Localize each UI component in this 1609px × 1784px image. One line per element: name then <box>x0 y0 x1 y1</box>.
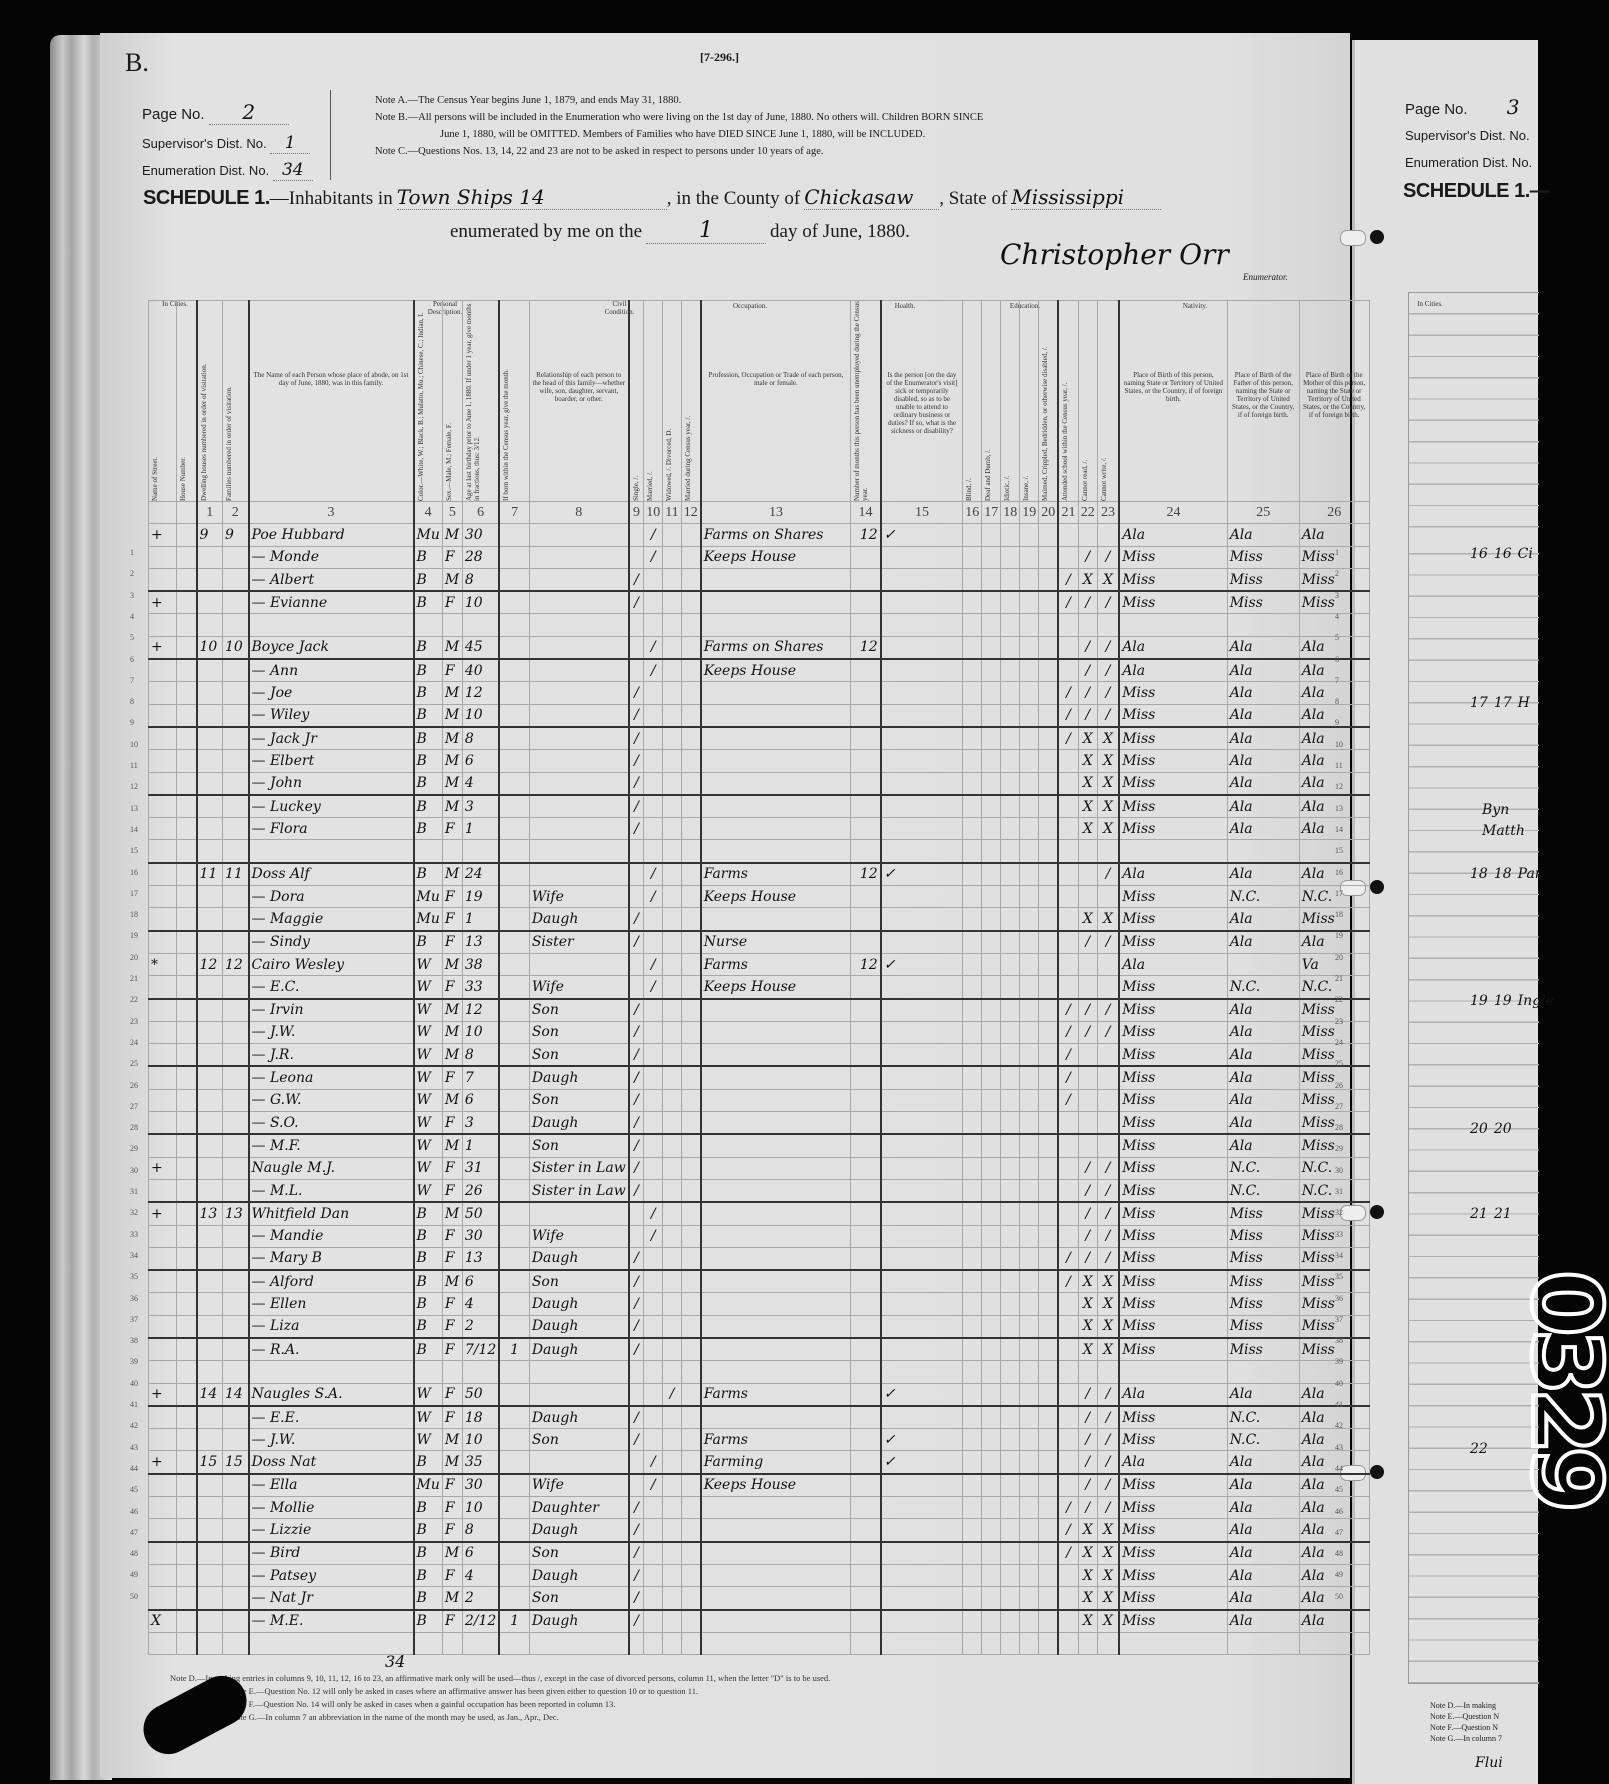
footnotes: Note D.—In making entries in columns 9, … <box>170 1672 830 1724</box>
cell-occupation <box>701 727 851 750</box>
cell-19 <box>1020 524 1039 546</box>
cell-sick <box>881 1247 963 1270</box>
cell-occupation <box>701 1564 851 1586</box>
cell-age: 50 <box>462 1202 499 1225</box>
cell-father-birth: N.C. <box>1227 1179 1299 1202</box>
cell-cant-read <box>1078 976 1097 999</box>
column-header: Color.—White, W.; Black, B.; Mulatto, Mu… <box>414 301 443 502</box>
cell-father-birth: Ala <box>1227 727 1299 750</box>
cell-18 <box>1001 1632 1020 1654</box>
cell-family <box>223 1112 249 1135</box>
column-label: Insane, /. <box>1022 301 1030 501</box>
cell-18 <box>1001 1474 1020 1497</box>
table-row: +1010Boyce JackBM45/Farms on Shares12//A… <box>149 636 1370 659</box>
cell-father-birth: Miss <box>1227 591 1299 614</box>
cell-19 <box>1020 614 1039 636</box>
column-number: 5 <box>442 502 462 524</box>
table-row: — G.W.WM6Son//MissAlaMiss <box>149 1089 1370 1111</box>
cell-cant-write <box>1097 1112 1119 1135</box>
next-note-f: Note F.—Question N <box>1430 1722 1502 1733</box>
cell-widowed <box>663 863 681 886</box>
cell-name: — Evianne <box>249 591 414 614</box>
cell-18 <box>1001 863 1020 886</box>
cell-unemployed <box>851 1361 881 1383</box>
cell-18 <box>1001 1270 1020 1293</box>
cell-house <box>177 976 197 999</box>
line-number: 45 <box>130 1485 138 1494</box>
cell-md <box>681 524 701 546</box>
cell-month <box>499 1542 529 1565</box>
cell-month <box>499 1089 529 1111</box>
cell-sex: F <box>442 976 462 999</box>
cell-cant-read: X <box>1078 1564 1097 1586</box>
archive-stamp-number: 0329 <box>1510 1270 1609 1505</box>
cell-sick <box>881 1564 963 1586</box>
cell-mark <box>149 1247 177 1270</box>
cell-dwelling <box>197 614 223 636</box>
line-number: 6 <box>130 655 134 664</box>
cell-birth: Miss <box>1119 976 1227 999</box>
cell-occupation <box>701 1587 851 1610</box>
cell-name: — Bird <box>249 1542 414 1565</box>
cell-family <box>223 704 249 727</box>
column-header: House Number. <box>177 301 197 502</box>
cell-married: / <box>644 953 663 975</box>
cell-20 <box>1039 1610 1059 1633</box>
cell-color: Mu <box>414 1474 443 1497</box>
line-number: 29 <box>1335 1144 1343 1153</box>
cell-19 <box>1020 840 1039 863</box>
cell-widowed <box>663 1610 681 1633</box>
column-number: 21 <box>1058 502 1078 524</box>
column-label: Families numbered in order of visitation… <box>225 301 233 501</box>
cell-17 <box>982 863 1001 886</box>
cell-cant-read: / <box>1078 1157 1097 1179</box>
cell-17 <box>982 750 1001 772</box>
cell-16 <box>963 1112 982 1135</box>
cell-sex: M <box>442 1451 462 1474</box>
cell-unemployed <box>851 568 881 591</box>
cell-18 <box>1001 614 1020 636</box>
cell-cant-read <box>1078 1112 1097 1135</box>
cell-color: Mu <box>414 886 443 908</box>
cell-house <box>177 1429 197 1451</box>
cell-married: / <box>644 976 663 999</box>
cell-single: / <box>629 1021 644 1043</box>
cell-occupation <box>701 908 851 931</box>
cell-sick <box>881 1112 963 1135</box>
cell-cant-read <box>1078 614 1097 636</box>
cell-widowed <box>663 1179 681 1202</box>
cell-father-birth: Ala <box>1227 1383 1299 1406</box>
next-entry-name-fragment: Par <box>1518 866 1542 882</box>
cell-name: — Mollie <box>249 1497 414 1519</box>
table-row: — E.E.WF18Daugh///MissN.C.Ala <box>149 1406 1370 1429</box>
cell-family <box>223 1429 249 1451</box>
cell-sex: M <box>442 704 462 727</box>
column-header: Number of months this person has been un… <box>851 301 881 502</box>
cell-17 <box>982 840 1001 863</box>
table-row: — Mary BBF13Daugh////MissMissMiss <box>149 1247 1370 1270</box>
cell-unemployed <box>851 659 881 682</box>
cell-school <box>1058 1157 1078 1179</box>
form-letter: B. <box>125 48 149 78</box>
cell-school: / <box>1058 1044 1078 1067</box>
cell-17 <box>982 568 1001 591</box>
table-row <box>149 1361 1370 1383</box>
line-number: 19 <box>1335 931 1343 940</box>
cell-married <box>644 1542 663 1565</box>
cell-17 <box>982 1089 1001 1111</box>
cell-house <box>177 1338 197 1361</box>
cell-20 <box>1039 1587 1059 1610</box>
line-number: 16 <box>130 868 138 877</box>
cell-sex: M <box>442 1542 462 1565</box>
cell-name: Boyce Jack <box>249 636 414 659</box>
cell-color: W <box>414 1429 443 1451</box>
cell-month <box>499 636 529 659</box>
cell-single: / <box>629 1293 644 1315</box>
cell-color: B <box>414 546 443 568</box>
cell-birth: Miss <box>1119 818 1227 840</box>
cell-sick: ✓ <box>881 953 963 975</box>
inhabitants-label: —Inhabitants in <box>270 188 393 209</box>
cell-school: / <box>1058 1021 1078 1043</box>
cell-md <box>681 1564 701 1586</box>
line-number: 31 <box>1335 1187 1343 1196</box>
cell-18 <box>1001 1451 1020 1474</box>
table-row: — R.A.BF7/121Daugh/XXMissMissMiss <box>149 1338 1370 1361</box>
line-number: 27 <box>130 1102 138 1111</box>
line-number: 10 <box>130 740 138 749</box>
cell-cant-write <box>1097 886 1119 908</box>
cell-cant-read <box>1078 1134 1097 1157</box>
cell-relation <box>529 750 628 772</box>
cell-16 <box>963 1225 982 1247</box>
cell-school <box>1058 1202 1078 1225</box>
cell-cant-write: X <box>1097 1315 1119 1338</box>
cell-widowed <box>663 1587 681 1610</box>
cell-age: 1 <box>462 908 499 931</box>
cell-single: / <box>629 795 644 818</box>
cell-sex: M <box>442 795 462 818</box>
cell-father-birth: Ala <box>1227 524 1299 546</box>
cell-single: / <box>629 727 644 750</box>
table-row: — EllaMuF30Wife/Keeps House//MissAlaAla <box>149 1474 1370 1497</box>
cell-cant-read <box>1078 1066 1097 1089</box>
table-row: — JohnBM4/XXMissAlaAla <box>149 772 1370 795</box>
cell-occupation <box>701 795 851 818</box>
cell-unemployed <box>851 886 881 908</box>
cell-name: — E.C. <box>249 976 414 999</box>
cell-mother-birth: Ala <box>1299 524 1369 546</box>
cell-month <box>499 1451 529 1474</box>
cell-married <box>644 1270 663 1293</box>
table-row: — AlfordBM6Son//XXMissMissMiss <box>149 1270 1370 1293</box>
cell-house <box>177 614 197 636</box>
cell-birth: Miss <box>1119 1089 1227 1111</box>
cell-age: 1 <box>462 1134 499 1157</box>
column-number: 12 <box>681 502 701 524</box>
county-label: , in the County of <box>667 188 801 209</box>
cell-dwelling: 13 <box>197 1202 223 1225</box>
cell-family <box>223 886 249 908</box>
cell-age: 8 <box>462 1519 499 1542</box>
cell-age: 7 <box>462 1066 499 1089</box>
cell-single: / <box>629 1429 644 1451</box>
cell-dwelling <box>197 568 223 591</box>
cell-relation: Daugh <box>529 1610 628 1633</box>
line-number: 23 <box>1335 1017 1343 1026</box>
cell-name: — Ellen <box>249 1293 414 1315</box>
cell-16 <box>963 1089 982 1111</box>
cell-age: 4 <box>462 772 499 795</box>
cell-name: — Irvin <box>249 999 414 1022</box>
cell-married <box>644 591 663 614</box>
cell-mark: + <box>149 1383 177 1406</box>
cell-unemployed <box>851 682 881 704</box>
cell-cant-read: / <box>1078 999 1097 1022</box>
cell-family <box>223 1179 249 1202</box>
cell-unemployed <box>851 1247 881 1270</box>
note-c: Note C.—Questions Nos. 13, 14, 22 and 23… <box>375 146 824 157</box>
cell-unemployed <box>851 1632 881 1654</box>
cell-school <box>1058 1361 1078 1383</box>
cell-16 <box>963 591 982 614</box>
cell-relation <box>529 659 628 682</box>
cell-married <box>644 1519 663 1542</box>
cell-cant-read: X <box>1078 1610 1097 1633</box>
cell-married <box>644 568 663 591</box>
cell-school <box>1058 1610 1078 1633</box>
cell-20 <box>1039 1451 1059 1474</box>
cell-school: / <box>1058 1247 1078 1270</box>
column-header: Dwelling houses numbered in order of vis… <box>197 301 223 502</box>
cell-family <box>223 772 249 795</box>
cell-birth: Miss <box>1119 1293 1227 1315</box>
cell-father-birth: N.C. <box>1227 1157 1299 1179</box>
cell-color: B <box>414 1519 443 1542</box>
line-number: 43 <box>1335 1443 1343 1452</box>
cell-age: 28 <box>462 546 499 568</box>
cell-dwelling <box>197 1021 223 1043</box>
cell-dwelling <box>197 591 223 614</box>
cell-sick <box>881 1587 963 1610</box>
census-table: Name of Street.House Number.Dwelling hou… <box>148 300 1370 1655</box>
cell-birth: Miss <box>1119 1542 1227 1565</box>
line-number: 38 <box>130 1336 138 1345</box>
supervisor-label: Supervisor's Dist. No. <box>142 136 267 151</box>
cell-birth: Miss <box>1119 1157 1227 1179</box>
cell-20 <box>1039 1179 1059 1202</box>
line-number: 9 <box>130 718 134 727</box>
cell-father-birth: Miss <box>1227 568 1299 591</box>
cell-married: / <box>644 863 663 886</box>
cell-20 <box>1039 1089 1059 1111</box>
cell-month <box>499 1202 529 1225</box>
cell-cant-read: X <box>1078 1293 1097 1315</box>
cell-relation: Daugh <box>529 1066 628 1089</box>
cell-occupation <box>701 1112 851 1135</box>
cell-unemployed <box>851 1270 881 1293</box>
cell-mark <box>149 999 177 1022</box>
cell-18 <box>1001 1134 1020 1157</box>
cell-birth: Miss <box>1119 1497 1227 1519</box>
cell-school <box>1058 953 1078 975</box>
cell-family <box>223 1066 249 1089</box>
cell-19 <box>1020 1270 1039 1293</box>
cell-married <box>644 682 663 704</box>
cell-name: — Alford <box>249 1270 414 1293</box>
line-number: 25 <box>130 1059 138 1068</box>
cell-month <box>499 1270 529 1293</box>
table-row <box>149 840 1370 863</box>
cell-18 <box>1001 999 1020 1022</box>
cell-single <box>629 524 644 546</box>
cell-school: / <box>1058 1066 1078 1089</box>
cell-18 <box>1001 1157 1020 1179</box>
cell-16 <box>963 1202 982 1225</box>
schedule-title: SCHEDULE 1. <box>143 187 270 209</box>
cell-married: / <box>644 659 663 682</box>
cell-name: Doss Alf <box>249 863 414 886</box>
line-number: 4 <box>130 612 134 621</box>
cell-md <box>681 1202 701 1225</box>
cell-name: — Mary B <box>249 1247 414 1270</box>
cell-19 <box>1020 1497 1039 1519</box>
cell-father-birth: Ala <box>1227 750 1299 772</box>
cell-cant-read: / <box>1078 1225 1097 1247</box>
cell-name: — Monde <box>249 546 414 568</box>
cell-relation <box>529 1632 628 1654</box>
cell-occupation <box>701 1361 851 1383</box>
line-number: 29 <box>130 1144 138 1153</box>
cell-sick <box>881 931 963 954</box>
cell-dwelling: 14 <box>197 1383 223 1406</box>
cell-family <box>223 1497 249 1519</box>
cell-month <box>499 1134 529 1157</box>
cell-mark <box>149 1112 177 1135</box>
cell-married <box>644 931 663 954</box>
cell-married <box>644 1564 663 1586</box>
column-numbers-row: 1234567891011121314151617181920212223242… <box>149 502 1370 524</box>
cell-married <box>644 704 663 727</box>
cell-occupation <box>701 568 851 591</box>
cell-house <box>177 1157 197 1179</box>
cell-widowed <box>663 840 681 863</box>
cell-house <box>177 1179 197 1202</box>
line-number: 9 <box>1335 718 1339 727</box>
cell-20 <box>1039 863 1059 886</box>
next-entry-dwelling: 22 <box>1470 1441 1488 1457</box>
cell-month <box>499 976 529 999</box>
table-row: — MondeBF28/Keeps House//MissMissMiss <box>149 546 1370 568</box>
line-number: 48 <box>130 1549 138 1558</box>
column-header: Profession, Occupation or Trade of each … <box>701 301 851 502</box>
cell-single <box>629 1361 644 1383</box>
cell-unemployed <box>851 1519 881 1542</box>
cell-house <box>177 1587 197 1610</box>
cell-family: 10 <box>223 636 249 659</box>
cell-16 <box>963 863 982 886</box>
cell-widowed <box>663 1315 681 1338</box>
cell-name: — Albert <box>249 568 414 591</box>
cell-relation: Wife <box>529 1225 628 1247</box>
column-label: Widowed, /. Divorced, D. <box>665 301 673 501</box>
cell-18 <box>1001 1089 1020 1111</box>
cell-cant-read <box>1078 863 1097 886</box>
cell-birth: Miss <box>1119 1112 1227 1135</box>
cell-occupation <box>701 1225 851 1247</box>
cell-19 <box>1020 953 1039 975</box>
cell-20 <box>1039 1497 1059 1519</box>
cell-cant-write: X <box>1097 568 1119 591</box>
cell-widowed <box>663 1157 681 1179</box>
cell-occupation <box>701 1338 851 1361</box>
table-row <box>149 1632 1370 1654</box>
cell-widowed <box>663 1021 681 1043</box>
cell-single: / <box>629 1564 644 1586</box>
cell-color: B <box>414 727 443 750</box>
cell-name: — John <box>249 772 414 795</box>
cell-dwelling <box>197 999 223 1022</box>
cell-cant-write <box>1097 1361 1119 1383</box>
cell-19 <box>1020 1044 1039 1067</box>
cell-unemployed: 12 <box>851 953 881 975</box>
cell-house <box>177 931 197 954</box>
cell-20 <box>1039 1293 1059 1315</box>
next-entry-name-fragment: H <box>1518 695 1530 711</box>
cell-cant-write: X <box>1097 1587 1119 1610</box>
cell-birth: Miss <box>1119 795 1227 818</box>
cell-birth: Miss <box>1119 1338 1227 1361</box>
cell-20 <box>1039 976 1059 999</box>
cell-birth: Miss <box>1119 727 1227 750</box>
cell-sick <box>881 1066 963 1089</box>
cell-17 <box>982 727 1001 750</box>
cell-occupation <box>701 1157 851 1179</box>
cell-father-birth: Ala <box>1227 931 1299 954</box>
line-number: 15 <box>130 846 138 855</box>
column-number: 25 <box>1227 502 1299 524</box>
cell-sick <box>881 886 963 908</box>
cell-dwelling <box>197 659 223 682</box>
cell-20 <box>1039 591 1059 614</box>
cell-single: / <box>629 1406 644 1429</box>
cell-17 <box>982 1338 1001 1361</box>
cell-age: 8 <box>462 1044 499 1067</box>
cell-18 <box>1001 1383 1020 1406</box>
next-entry-family: 21 <box>1494 1206 1512 1222</box>
cell-relation <box>529 727 628 750</box>
cell-age: 35 <box>462 1451 499 1474</box>
cell-dwelling: 15 <box>197 1451 223 1474</box>
cell-sick <box>881 614 963 636</box>
cell-family <box>223 682 249 704</box>
cell-school: / <box>1058 704 1078 727</box>
cell-widowed <box>663 1338 681 1361</box>
cell-cant-read <box>1078 953 1097 975</box>
cell-married <box>644 1315 663 1338</box>
cell-cant-read: X <box>1078 818 1097 840</box>
cell-widowed <box>663 795 681 818</box>
cell-married: / <box>644 1474 663 1497</box>
cell-sex: F <box>442 659 462 682</box>
cell-relation: Daugh <box>529 1247 628 1270</box>
cell-name: — Mandie <box>249 1225 414 1247</box>
cell-unemployed <box>851 1066 881 1089</box>
cell-relation: Sister <box>529 931 628 954</box>
